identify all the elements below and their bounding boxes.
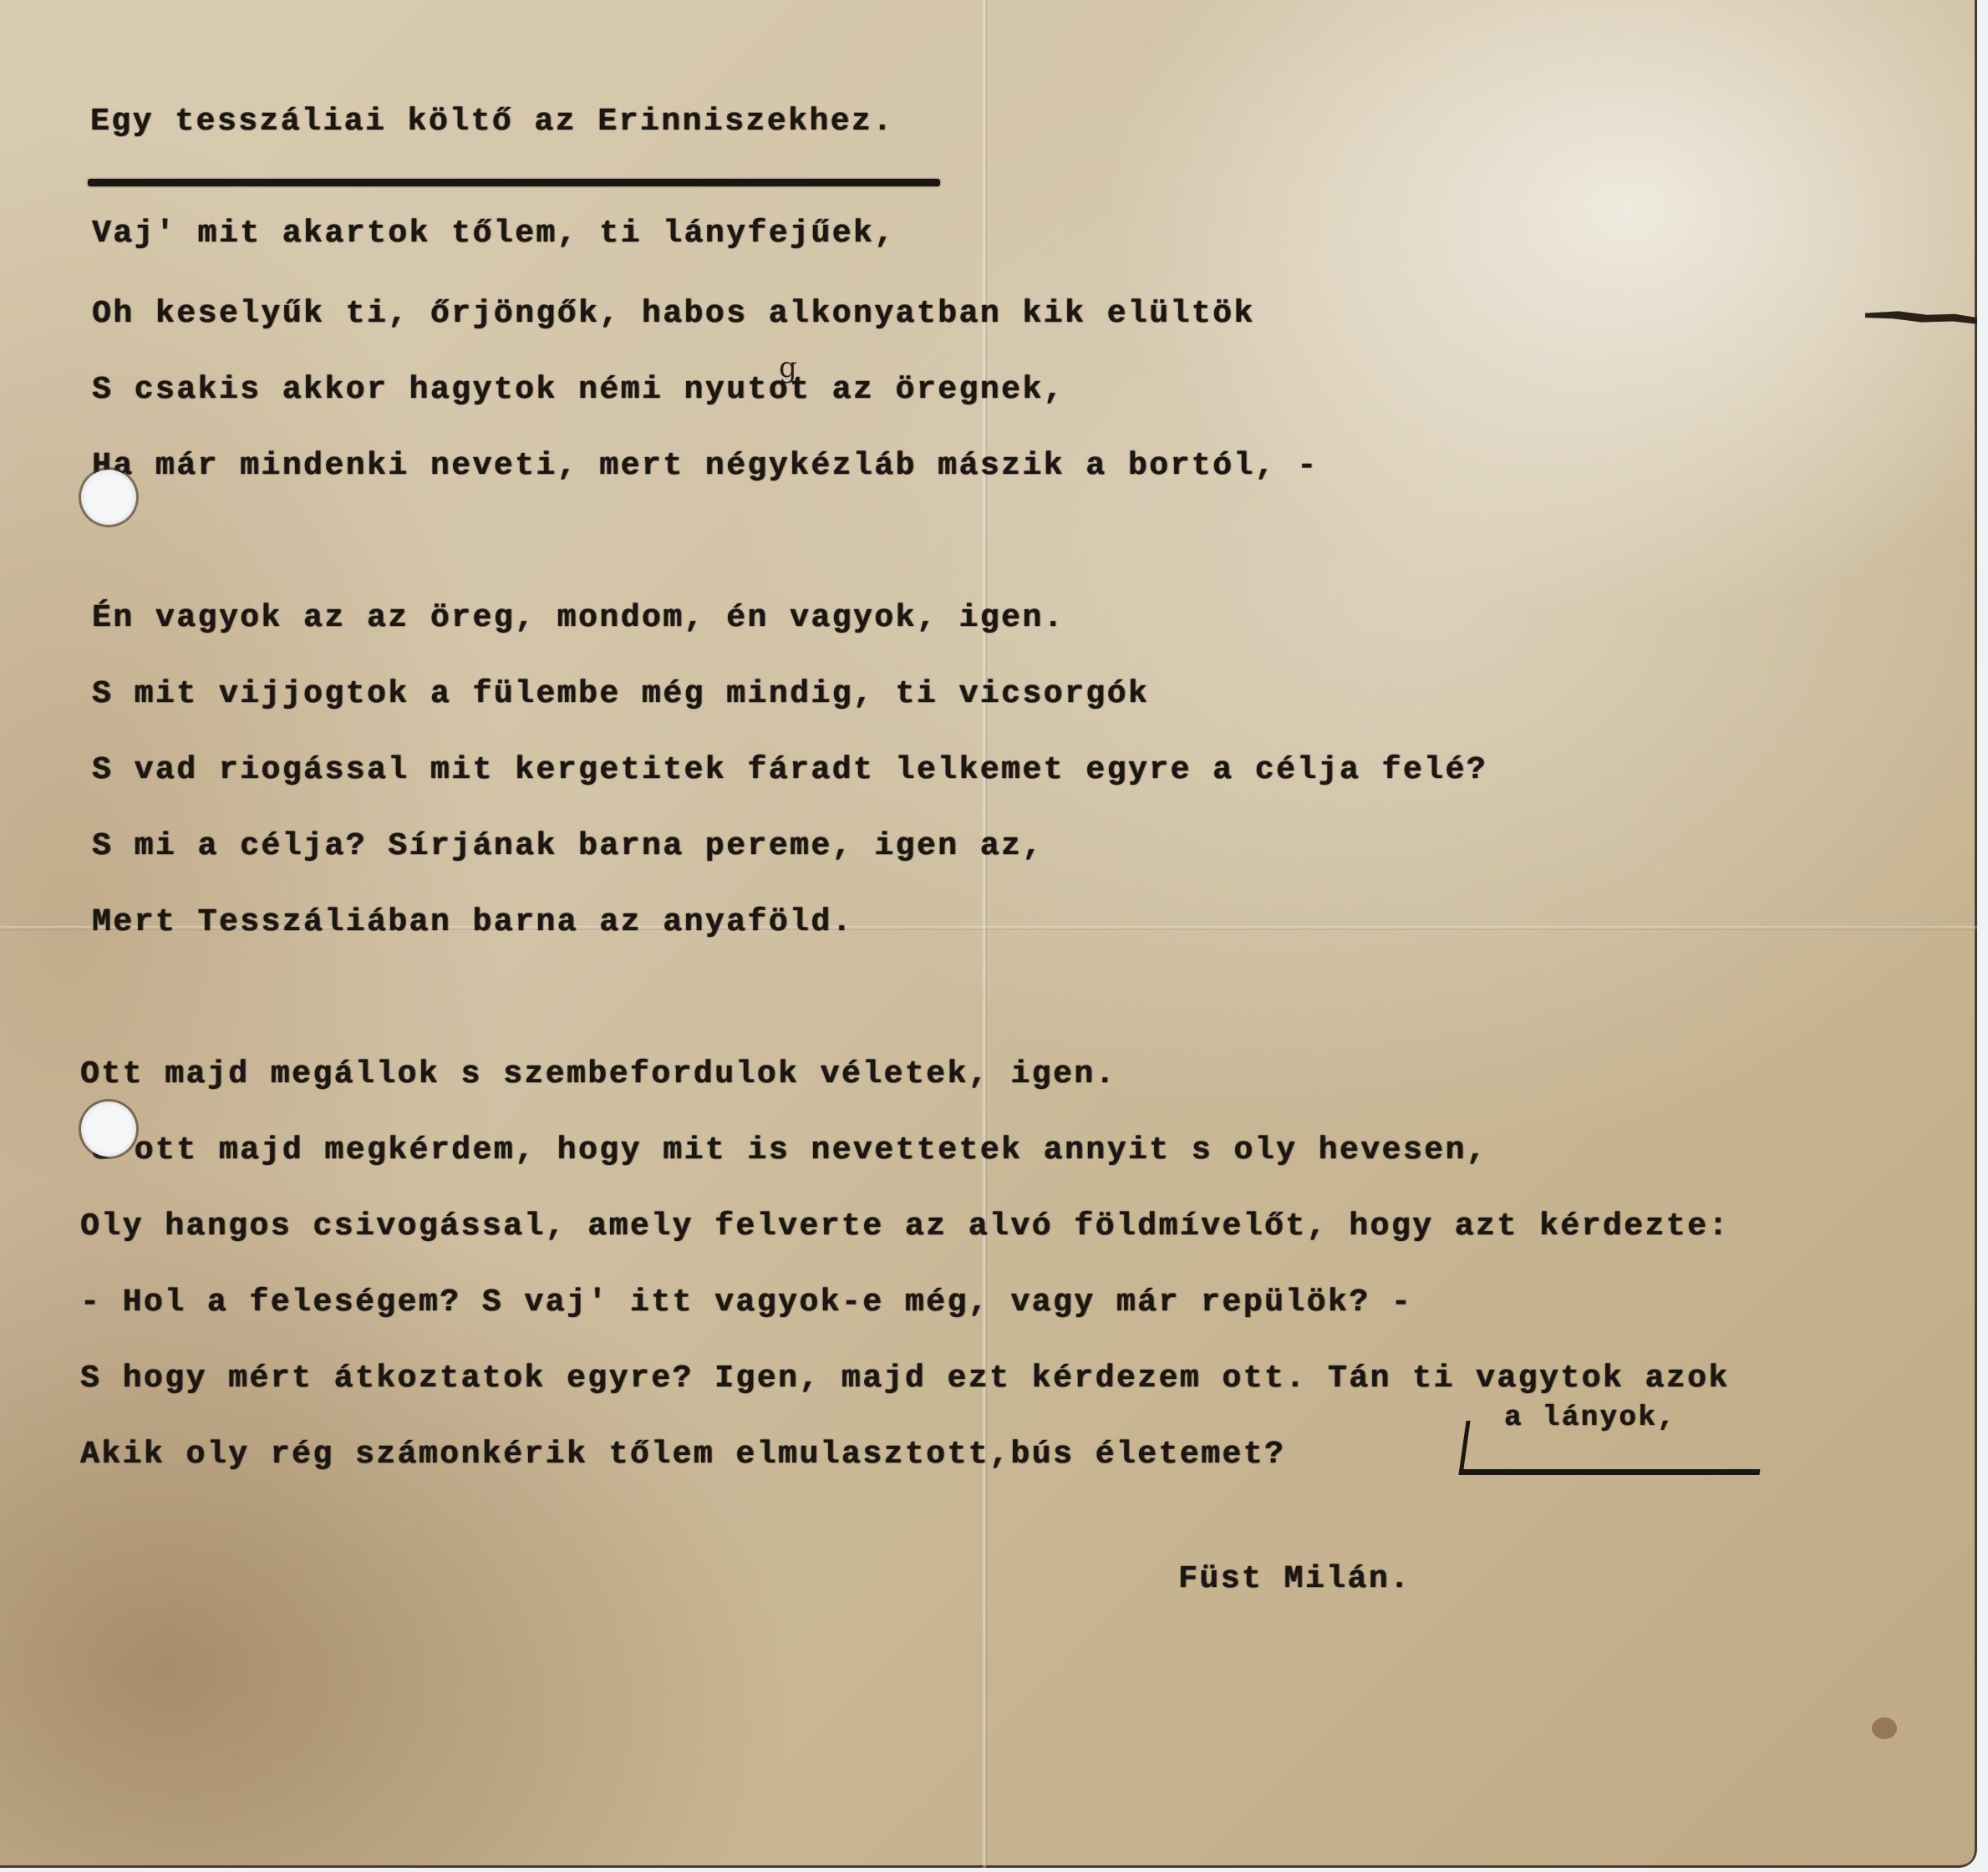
poem-line: Én vagyok az az öreg, mondom, én vagyok,…	[92, 600, 1065, 636]
typewritten-page: Egy tesszáliai költő az Erinniszekhez. V…	[0, 0, 1977, 1868]
poem-line: S ott majd megkérdem, hogy mit is nevett…	[92, 1132, 1487, 1168]
poem-line: S mi a célja? Sírjának barna pereme, ige…	[92, 828, 1044, 864]
poem-line: Oly hangos csivogással, amely felverte a…	[80, 1208, 1730, 1244]
paper-stain	[1872, 1717, 1897, 1739]
edge-tear	[1865, 308, 1977, 326]
insertion-mark	[1458, 1421, 1767, 1475]
poem-line: Mert Tesszáliában barna az anyaföld.	[92, 904, 853, 940]
poem-line: Akik oly rég számonkérik tőlem elmulaszt…	[80, 1437, 1285, 1473]
poem-line: S csakis akkor hagytok némi nyutot az ör…	[92, 372, 1065, 408]
poem-line: Ha már mindenki neveti, mert négykézláb …	[92, 448, 1319, 484]
punch-hole	[81, 470, 136, 525]
author-signature: Füst Milán.	[1178, 1561, 1411, 1597]
punch-hole	[81, 1101, 136, 1157]
poem-line: S hogy mért átkoztatok egyre? Igen, majd…	[80, 1361, 1730, 1396]
poem-line: S vad riogással mit kergetitek fáradt le…	[92, 752, 1487, 788]
poem-line: Oh keselyűk ti, őrjöngők, habos alkonyat…	[92, 296, 1255, 332]
title-underline	[88, 179, 940, 186]
poem-title: Egy tesszáliai költő az Erinniszekhez.	[90, 104, 894, 140]
poem-line: Ott majd megállok s szembefordulok vélet…	[80, 1056, 1116, 1092]
poem-line: S mit vijjogtok a fülembe még mindig, ti…	[92, 676, 1149, 712]
poem-line: Vaj' mit akartok tőlem, ti lányfejűek,	[92, 216, 896, 252]
vertical-fold-crease	[982, 0, 987, 1868]
poem-line: - Hol a feleségem? S vaj' itt vagyok-e m…	[80, 1284, 1412, 1320]
